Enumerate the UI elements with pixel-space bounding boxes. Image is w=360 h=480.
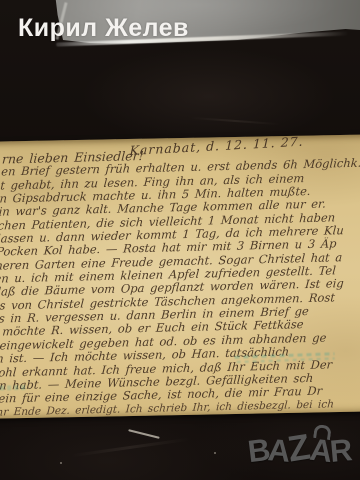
- seller-name-overlay: Кирил Желев: [18, 14, 189, 43]
- faint-print-mark: [0, 385, 26, 390]
- dust-speck: [60, 462, 62, 464]
- listing-photo: Кирил Желев Karnabat, d. 12. 11. 27. rne…: [0, 0, 360, 480]
- watermark-letter: R: [329, 433, 354, 469]
- dust-speck: [214, 452, 216, 454]
- postcard: Karnabat, d. 12. 11. 27. rne lieben Eins…: [0, 134, 360, 418]
- handwritten-text: rne lieben Einsiedler! en Brief gestern …: [0, 143, 360, 419]
- bazar-watermark: B A Z A R: [248, 434, 356, 470]
